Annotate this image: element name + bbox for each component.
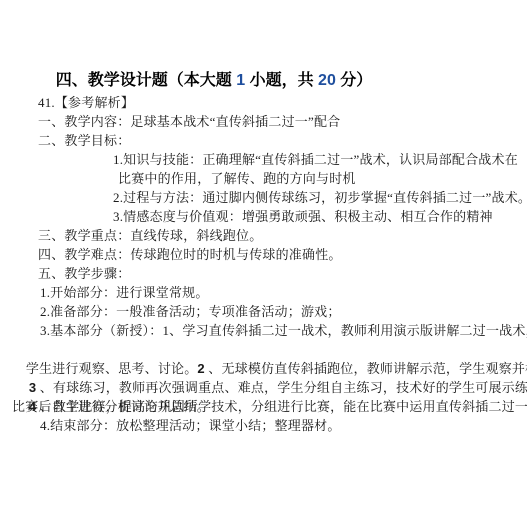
step-preparation: 2.准备部分：一般准备活动；专项准备活动；游戏； — [40, 302, 341, 321]
exam-answer-page: 四、教学设计题（本大题 1 小题，共 20 分） 41.【参考解析】 一、教学内… — [0, 0, 527, 531]
section-heading-text: 四、教学设计题（本大题 — [56, 72, 236, 89]
teaching-difficulty: 四、教学难点：传球跑位时的时机与传球的准确性。 — [38, 245, 342, 264]
objectives-heading: 二、教学目标： — [38, 131, 130, 150]
answer-reference-label: 41.【参考解析】 — [38, 93, 134, 112]
question-count: 1 — [236, 72, 245, 89]
teaching-key-point: 三、教学重点：直线传球，斜线跑位。 — [38, 226, 262, 245]
step-closing: 4.结束部分：放松整理活动；课堂小结；整理器材。 — [40, 416, 341, 435]
section-heading-text: 分） — [336, 72, 372, 89]
teaching-content-line: 一、教学内容：足球基本战术“直传斜插二过一”配合 — [38, 112, 340, 131]
total-points: 20 — [318, 72, 336, 89]
objective-knowledge-line1: 1.知识与技能：正确理解“直传斜插二过一”战术，认识局部配合战术在 — [113, 150, 518, 169]
section-heading-text: 小题，共 — [245, 72, 318, 89]
objective-knowledge-line2: 比赛中的作用，了解传、跑的方向与时机 — [118, 169, 356, 188]
step-opening: 1.开始部分：进行课堂常规。 — [40, 283, 209, 302]
objective-emotion: 3.情感态度与价值观：增强勇敢顽强、积极主动、相互合作的精神 — [113, 207, 493, 226]
objective-process: 2.过程与方法：通过脚内侧传球练习，初步掌握“直传斜插二过一”战术。 — [113, 188, 527, 207]
step-basic-line1: 3.基本部分（新授）：1、学习直传斜插二过一战术，教师利用演示版讲解二过一战术， — [40, 321, 527, 340]
steps-heading: 五、教学步骤： — [38, 264, 130, 283]
step-basic-line5: 比赛后自主进行分析讨论并总结。 — [12, 397, 210, 416]
